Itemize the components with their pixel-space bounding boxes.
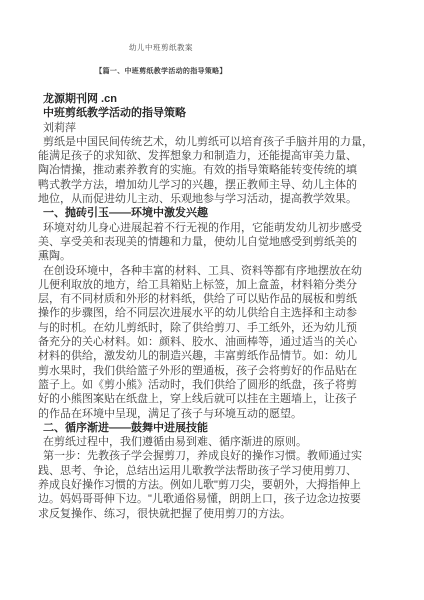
- text-line: 陶冶情操，推动素养教育的实施。有效的指导策略能转变传统的填: [38, 163, 372, 177]
- article-body: 龙源期刊网 .cn中班剪纸教学活动的指导策略刘莉萍剪纸是中国民间传统艺术，幼儿剪…: [38, 92, 372, 521]
- text-line: 剪纸是中国民间传统艺术，幼儿剪纸可以培育孩子手脑并用的力量，: [38, 135, 372, 149]
- text-line: 剪水果时，我们供给篮子外形的塑通板，孩子会将剪好的作品贴在: [38, 364, 372, 378]
- article-author: 刘莉萍: [38, 121, 372, 135]
- text-line: 在创设环境中，各种丰富的材料、工具、资料等都有序地摆放在幼: [38, 264, 372, 278]
- text-line: 环境对幼儿身心进展起着不行无视的作用，它能萌发幼儿初步感受: [38, 221, 372, 235]
- text-line: 地位，从而促进幼儿主动、乐观地参与学习活动，提高教学效果。: [38, 192, 372, 206]
- text-line: 鸭式教学方法，增加幼儿学习的兴趣，摆正教师主导、幼儿主体的: [38, 178, 372, 192]
- article-title: 中班剪纸教学活动的指导策略: [38, 106, 372, 120]
- text-line: 层，有不同材质和外形的材料纸，供给了可以贴作品的展板和剪纸: [38, 292, 372, 306]
- text-line: 养成良好操作习惯的方法。例如儿歌"剪刀尖，要朝外，大拇指伸上: [38, 478, 372, 492]
- text-line: 第一步：先教孩子学会握剪刀，养成良好的操作习惯。教师通过实: [38, 449, 372, 463]
- text-line: 篮子上。如《剪小熊》活动时，我们供给了圆形的纸盘，孩子将剪: [38, 378, 372, 392]
- section-heading: 【篇一、中班剪纸教学活动的指导策略】: [0, 66, 322, 76]
- text-line: 与的时机。在幼儿剪纸时，除了供给剪刀、手工纸外，还为幼儿预: [38, 321, 372, 335]
- document-title: 幼儿中班剪纸教案: [0, 42, 322, 53]
- text-line: 践、思考、争论，总结出运用儿歌教学法帮助孩子学习使用剪刀、: [38, 464, 372, 478]
- text-line: 好的小熊图案贴在纸盘上，穿上线后就可以挂在主题墙上，让孩子: [38, 392, 372, 406]
- text-line: 的作品在环境中呈现，满足了孩子与环境互动的愿望。: [38, 407, 372, 421]
- text-line: 材料的供给，激发幼儿的制造兴趣，丰富剪纸作品情节。如：幼儿: [38, 349, 372, 363]
- text-line: 能满足孩子的求知欲、发挥想象力和制造力，还能提高审美力量、: [38, 149, 372, 163]
- document-header: 幼儿中班剪纸教案 【篇一、中班剪纸教学活动的指导策略】: [0, 42, 322, 76]
- text-line: 备充分的关心材料。如：颜料、胶水、油画棒等，通过适当的关心: [38, 335, 372, 349]
- section-heading-line: 二、循序渐进——鼓舞中进展技能: [38, 421, 372, 435]
- section-heading-line: 一、抛砖引玉——环境中激发兴趣: [38, 206, 372, 220]
- text-line: 操作的步骤图，给不同层次进展水平的幼儿供给自主选择和主动参: [38, 306, 372, 320]
- article-source: 龙源期刊网 .cn: [38, 92, 372, 106]
- text-line: 美、享受美和表现美的情趣和力量，使幼儿自觉地感受到剪纸美的: [38, 235, 372, 249]
- text-line: 在剪纸过程中，我们遵循由易到难、循序渐进的原则。: [38, 435, 372, 449]
- document-page: 幼儿中班剪纸教案 【篇一、中班剪纸教学活动的指导策略】 龙源期刊网 .cn中班剪…: [0, 0, 424, 600]
- text-line: 熏陶。: [38, 249, 372, 263]
- text-line: 边。妈妈哥哥伸下边。"儿歌通俗易懂，朗朗上口，孩子边念边按要: [38, 492, 372, 506]
- text-line: 求反复操作、练习，很快就把握了使用剪刀的方法。: [38, 507, 372, 521]
- text-line: 儿便利取放的地方，给工具箱贴上标签，加上盒盖，材料箱分类分: [38, 278, 372, 292]
